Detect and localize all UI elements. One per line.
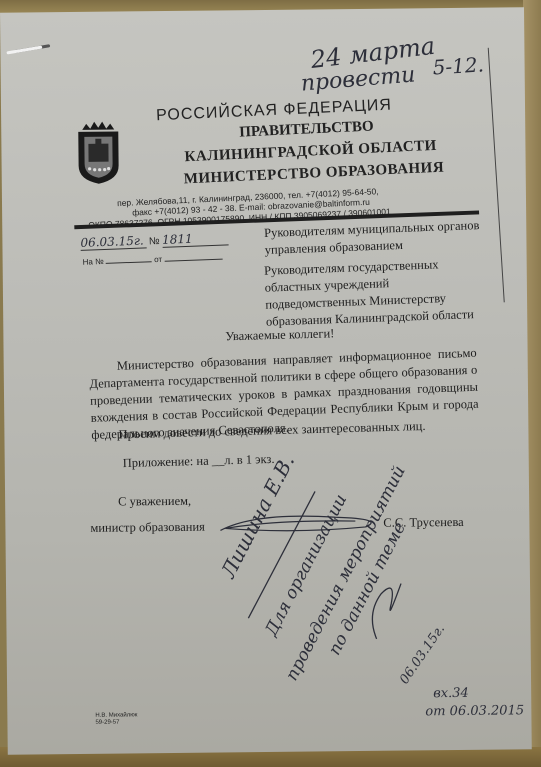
addressee-municipal: Руководителям муниципальных органов упра…	[264, 217, 495, 259]
executor-block: Н.В. Михайлюк 59-29-57	[95, 712, 137, 726]
addressee-state-institutions: Руководителям государственных областных …	[264, 255, 476, 331]
handwritten-code: 5-12.	[432, 52, 485, 79]
in-reply-line: На № от	[82, 253, 222, 267]
outgoing-number: 1811	[162, 230, 229, 247]
letterhead-government: ПРАВИТЕЛЬСТВО	[239, 118, 374, 141]
reference-line: 06.03.15г. № 1811	[80, 230, 228, 250]
number-label: №	[149, 236, 160, 247]
salutation: Уважаемые коллеги!	[225, 326, 334, 344]
outgoing-date: 06.03.15г.	[80, 233, 147, 250]
incoming-number: вх.34	[433, 686, 469, 701]
in-reply-date-blank	[164, 259, 222, 262]
coat-of-arms-icon	[74, 119, 123, 185]
paper-clip-icon	[6, 46, 42, 55]
incoming-date: от 06.03.2015	[425, 703, 524, 719]
in-reply-label: На №	[82, 257, 103, 267]
resolution-signature-icon	[366, 574, 407, 644]
document-page: 24 марта провести 5-12. РОССИЙСКАЯ ФЕДЕР…	[0, 7, 532, 754]
in-reply-number-blank	[106, 261, 152, 264]
executor-phone: 59-29-57	[95, 719, 137, 726]
in-reply-from-label: от	[154, 255, 162, 264]
margin-pencil-line	[488, 48, 505, 303]
